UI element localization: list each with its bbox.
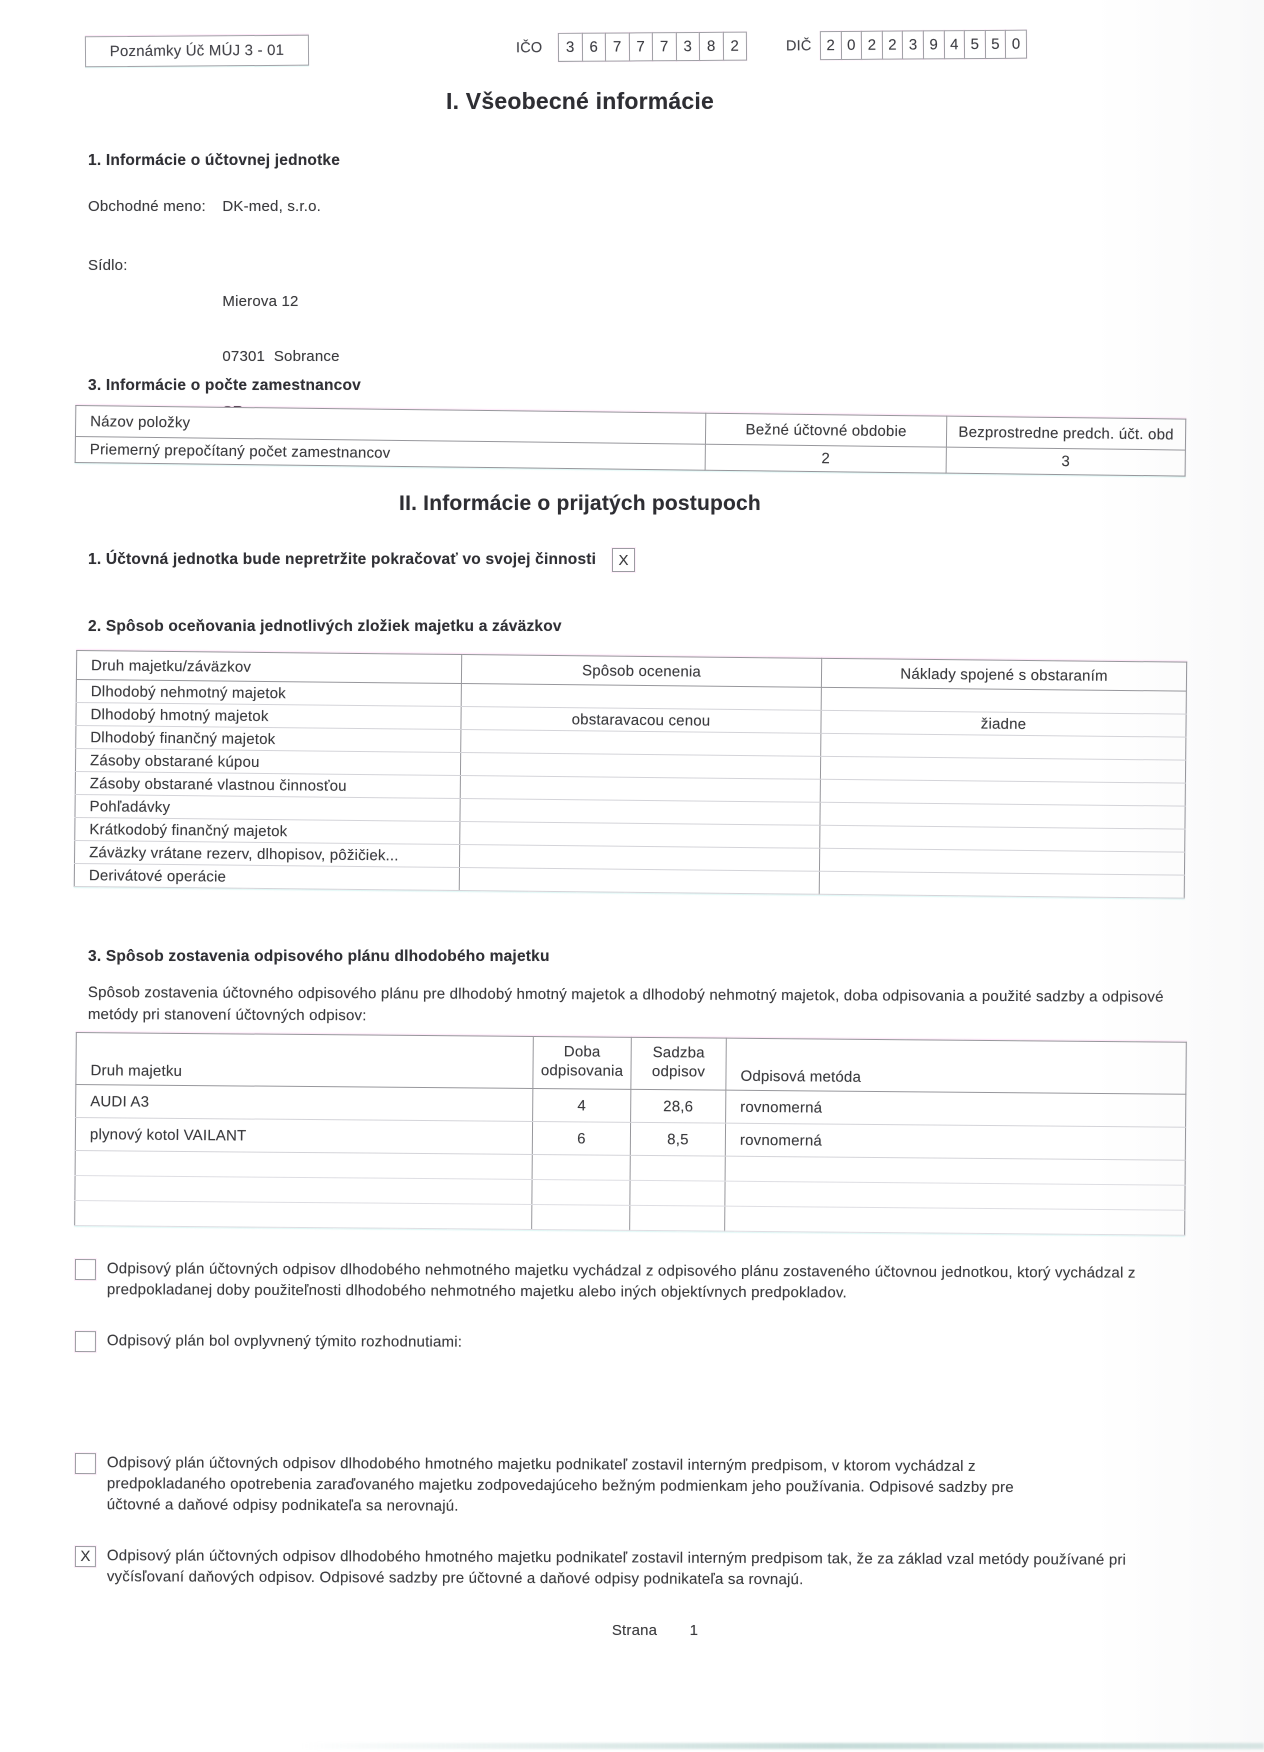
check-text: Odpisový plán bol ovplyvnený týmito rozh… bbox=[107, 1330, 462, 1353]
table-cell: AUDI A3 bbox=[76, 1085, 533, 1122]
scanned-document-page: Poznámky Úč MÚJ 3 - 01 IČO 3 6 7 7 7 3 8… bbox=[0, 0, 1264, 1752]
table-cell: 8,5 bbox=[630, 1122, 725, 1156]
checkbox bbox=[75, 1331, 96, 1352]
table-cell: 28,6 bbox=[631, 1089, 726, 1123]
header-line: odpisovania bbox=[539, 1061, 624, 1081]
table-cell: rovnomerná bbox=[725, 1123, 1185, 1160]
table-cell: 3 bbox=[946, 447, 1185, 476]
table-cell: rovnomerná bbox=[726, 1090, 1186, 1127]
business-name-value: DK-med, s.r.o. bbox=[222, 198, 321, 215]
ico-digit-cell: 7 bbox=[652, 32, 677, 61]
table-header-cell: Bezprostredne predch. účt. obd bbox=[946, 416, 1185, 450]
ico-digit-cell: 3 bbox=[558, 33, 583, 62]
dic-digit-cell: 0 bbox=[840, 31, 862, 60]
table-cell: 6 bbox=[532, 1121, 630, 1155]
ico-digit-cell: 7 bbox=[605, 32, 630, 61]
employees-title: 3. Informácie o počte zamestnancov bbox=[88, 377, 361, 395]
business-name-label: Obchodné meno: bbox=[88, 198, 218, 215]
table-header-cell: Bežné účtovné obdobie bbox=[705, 413, 946, 447]
table-header-cell: Sadzba odpisov bbox=[631, 1037, 726, 1090]
dic-digit-cell: 3 bbox=[902, 30, 924, 59]
section-1-title: I. Všeobecné informácie bbox=[0, 88, 1160, 115]
going-concern-checkbox: X bbox=[612, 548, 635, 572]
table-header-cell: Náklady spojené s obstaraním bbox=[821, 658, 1186, 691]
form-code-box: Poznámky Úč MÚJ 3 - 01 bbox=[85, 35, 309, 68]
table-header-cell: Doba odpisovania bbox=[533, 1036, 631, 1089]
seat-line: Mierova 12 bbox=[222, 291, 339, 312]
check-paragraph: Odpisový plán účtovných odpisov dlhodobé… bbox=[75, 1452, 1075, 1519]
table-cell: 2 bbox=[705, 444, 946, 473]
table-header-cell: Spôsob ocenenia bbox=[461, 655, 821, 688]
valuation-title: 2. Spôsob oceňovania jednotlivých zložie… bbox=[88, 618, 562, 636]
checkbox bbox=[75, 1453, 96, 1474]
table-cell bbox=[459, 868, 819, 895]
dic-digit-cell: 2 bbox=[820, 31, 842, 60]
seat-line: 07301 Sobrance bbox=[222, 346, 339, 367]
dic-label: DIČ bbox=[786, 38, 812, 54]
valuation-table: Druh majetku/záväzkov Spôsob ocenenia Ná… bbox=[74, 650, 1187, 899]
ico-digit-cell: 8 bbox=[699, 32, 724, 61]
ico-digit-cell: 3 bbox=[675, 32, 700, 61]
dic-digit-cell: 2 bbox=[882, 31, 904, 60]
dic-digit-cell: 2 bbox=[861, 31, 883, 60]
table-header-cell: Odpisová metóda bbox=[726, 1038, 1186, 1094]
check-paragraph: Odpisový plán bol ovplyvnený týmito rozh… bbox=[75, 1330, 1185, 1357]
dic-digit-cell: 0 bbox=[1005, 30, 1027, 59]
table-cell bbox=[819, 871, 1184, 898]
depreciation-intro: Spôsob zostavenia účtovného odpisového p… bbox=[88, 982, 1188, 1030]
header-line: Doba bbox=[540, 1042, 625, 1062]
check-paragraph: Odpisový plán účtovných odpisov dlhodobé… bbox=[75, 1258, 1185, 1305]
employees-table: Názov položky Bežné účtovné obdobie Bezp… bbox=[75, 405, 1187, 477]
ico-digit-boxes: 3 6 7 7 7 3 8 2 bbox=[559, 32, 747, 62]
ico-digit-cell: 2 bbox=[722, 32, 747, 61]
checkbox bbox=[75, 1259, 96, 1280]
page-footer: Strana 1 bbox=[0, 1622, 1264, 1639]
table-cell: 4 bbox=[533, 1088, 631, 1122]
ico-digit-cell: 6 bbox=[581, 33, 606, 62]
table-cell: plynový kotol VAILANT bbox=[75, 1118, 532, 1155]
scan-bottom-artifact bbox=[300, 1743, 1264, 1749]
seat-label: Sídlo: bbox=[88, 257, 218, 274]
dic-digit-cell: 4 bbox=[943, 30, 965, 59]
checkbox: X bbox=[75, 1546, 96, 1567]
page-label: Strana bbox=[612, 1622, 657, 1639]
dic-digit-cell: 5 bbox=[964, 30, 986, 59]
header-line: odpisov bbox=[637, 1062, 719, 1082]
dic-digit-cell: 5 bbox=[985, 30, 1007, 59]
header-line: Sadzba bbox=[638, 1043, 720, 1063]
table-cell: Derivátové operácie bbox=[74, 864, 459, 891]
going-concern-statement: 1. Účtovná jednotka bude nepretržite pok… bbox=[88, 548, 635, 572]
check-text: Odpisový plán účtovných odpisov dlhodobé… bbox=[107, 1258, 1185, 1305]
check-text: Odpisový plán účtovných odpisov dlhodobé… bbox=[107, 1452, 1067, 1519]
check-text: Odpisový plán účtovných odpisov dlhodobé… bbox=[107, 1545, 1175, 1592]
table-header-cell: Druh majetku/záväzkov bbox=[76, 651, 461, 684]
check-paragraph: X Odpisový plán účtovných odpisov dlhodo… bbox=[75, 1545, 1185, 1592]
table-header-row: Druh majetku Doba odpisovania Sadzba odp… bbox=[76, 1033, 1186, 1095]
depreciation-title: 3. Spôsob zostavenia odpisového plánu dl… bbox=[88, 948, 550, 966]
dic-digit-cell: 9 bbox=[923, 30, 945, 59]
ico-digit-cell: 7 bbox=[628, 32, 653, 61]
ico-label: IČO bbox=[516, 40, 543, 56]
unit-info-title: 1. Informácie o účtovnej jednotke bbox=[88, 152, 340, 170]
dic-digit-boxes: 2 0 2 2 3 9 4 5 5 0 bbox=[821, 30, 1027, 60]
business-name-row: Obchodné meno: DK-med, s.r.o. bbox=[88, 198, 321, 215]
form-header: Poznámky Úč MÚJ 3 - 01 IČO 3 6 7 7 7 3 8… bbox=[0, 28, 1264, 71]
table-header-cell: Druh majetku bbox=[76, 1033, 533, 1089]
section-2-title: II. Informácie o prijatých postupoch bbox=[0, 492, 1160, 516]
page-number: 1 bbox=[690, 1622, 699, 1639]
going-concern-text: 1. Účtovná jednotka bude nepretržite pok… bbox=[88, 551, 596, 569]
depreciation-table: Druh majetku Doba odpisovania Sadzba odp… bbox=[74, 1032, 1187, 1236]
